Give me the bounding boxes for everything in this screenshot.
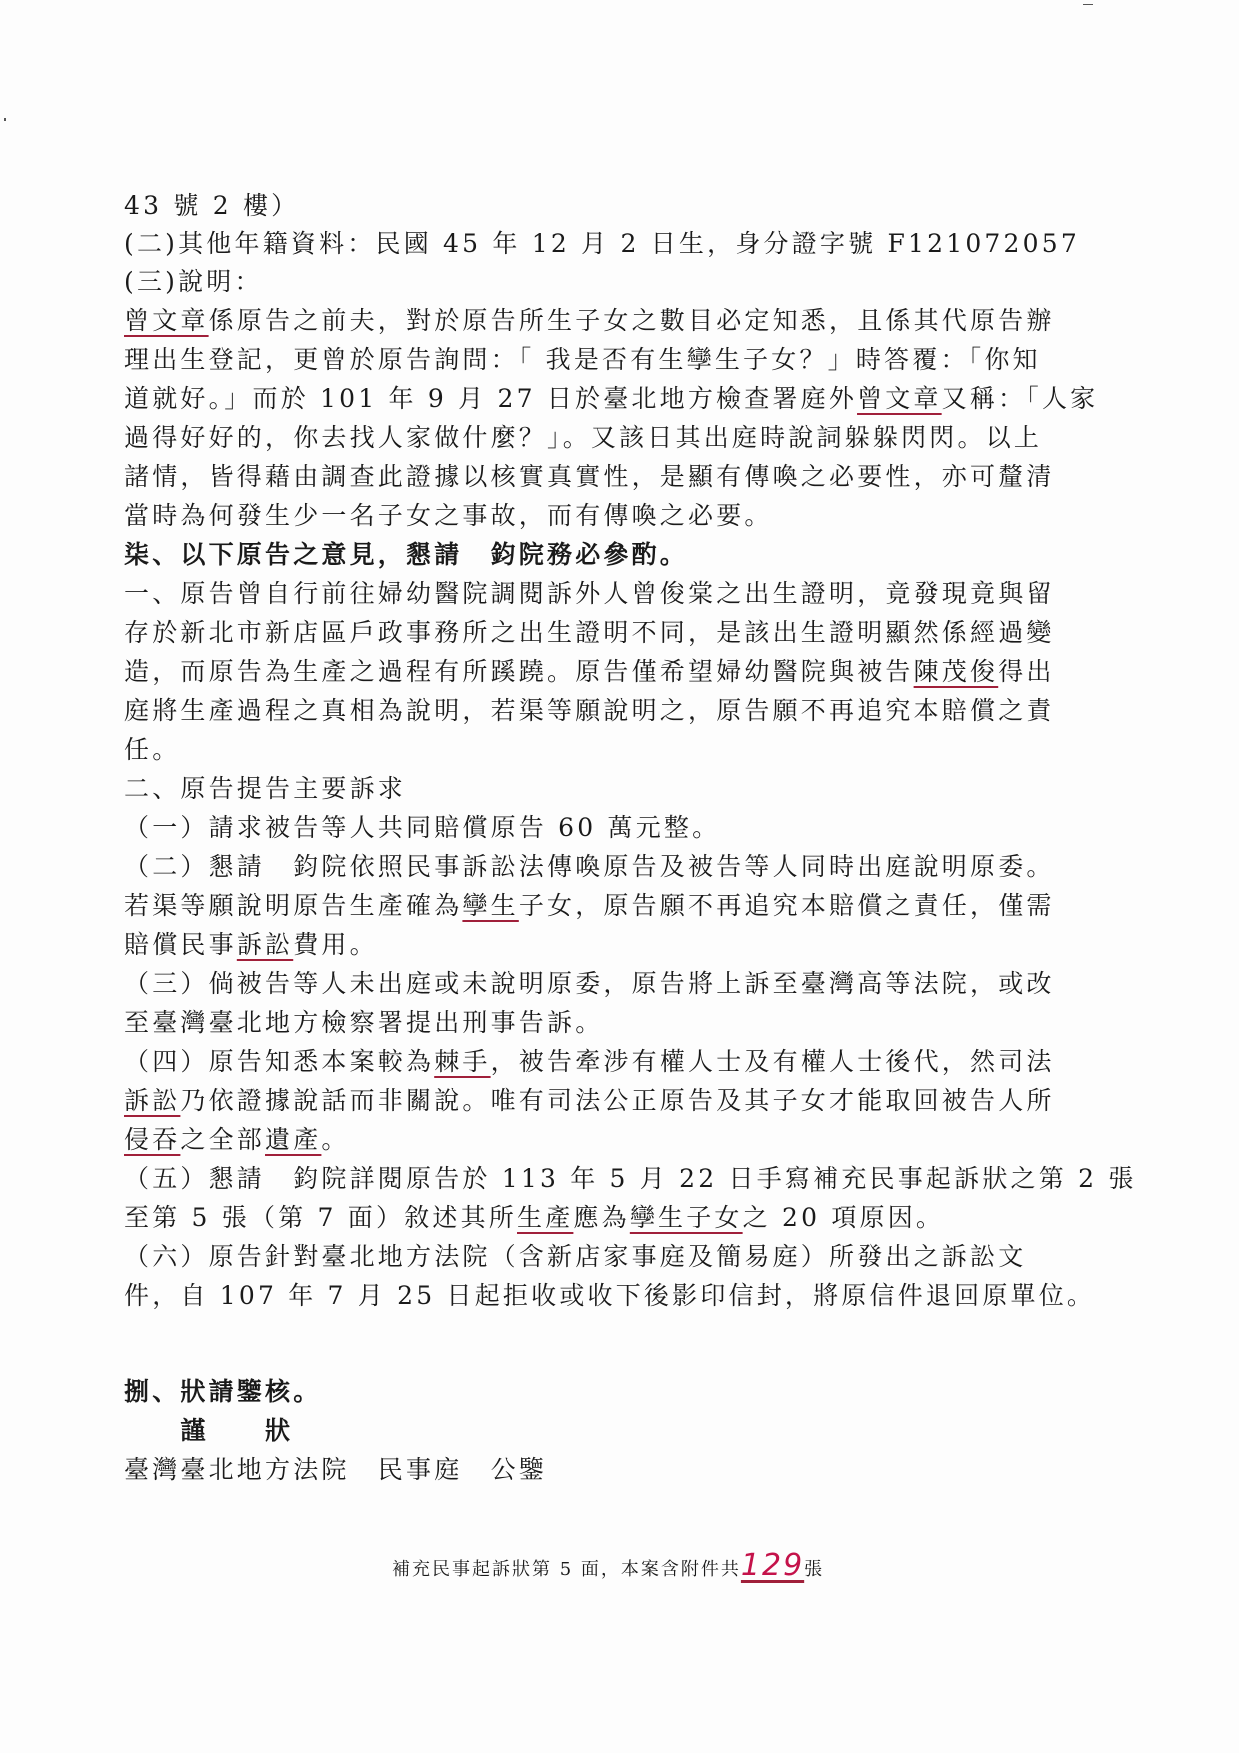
underlined-text: 孿生 — [462, 891, 518, 920]
text-segment: 係原告之前夫，對於原告所生子女之數目必定知悉，且係其代原告辦 — [209, 306, 1055, 335]
text-line: (三)說明： — [124, 264, 1114, 300]
text-line: 侵吞之全部遺產。 — [124, 1122, 1114, 1158]
text-line: 造，而原告為生產之過程有所蹊蹺。原告僅希望婦幼醫院與被告陳茂俊得出 — [124, 654, 1114, 690]
text-segment: 得出 — [998, 657, 1054, 686]
document-page: 43 號 2 樓）(二)其他年籍資料：民國 45 年 12 月 2 日生，身分證… — [0, 0, 1239, 1753]
text-segment: 理出生登記，更曾於原告詢問：「 我是否有生孿生子女？」時答覆：「你知 — [124, 345, 1041, 374]
underlined-text: 遺產 — [265, 1125, 321, 1154]
text-segment: 乃依證據說話而非關說。唯有司法公正原告及其子女才能取回被告人所 — [180, 1086, 1054, 1115]
text-line: 43 號 2 樓） — [124, 188, 1114, 224]
text-segment: 當時為何發生少一名子女之事故，而有傳喚之必要。 — [124, 501, 773, 530]
text-segment: ，被告牽涉有權人士及有權人士後代，然司法 — [491, 1047, 1055, 1076]
text-segment: 二、原告提告主要訴求 — [124, 774, 406, 803]
underlined-text: 孿生子女 — [630, 1203, 743, 1232]
text-segment: （六）原告針對臺北地方法院（含新店家事庭及簡易庭）所發出之訴訟文 — [124, 1242, 1026, 1271]
underlined-text: 曾文章 — [124, 306, 209, 335]
text-segment: 柒、以下原告之意見，懇請 鈞院務必參酌。 — [124, 540, 688, 569]
text-line: 當時為何發生少一名子女之事故，而有傳喚之必要。 — [124, 498, 1114, 534]
text-segment: 過得好好的，你去找人家做什麼？」。又該日其出庭時說詞躲躲閃閃。以上 — [124, 423, 1042, 452]
text-segment: 任。 — [124, 735, 180, 764]
text-line: 件，自 107 年 7 月 25 日起拒收或收下後影印信封，將原信件退回原單位。 — [124, 1278, 1114, 1314]
underlined-text: 侵吞 — [124, 1125, 180, 1154]
text-line: 庭將生產過程之真相為說明，若渠等願說明之，原告願不再追究本賠償之責 — [124, 693, 1114, 729]
text-line: 理出生登記，更曾於原告詢問：「 我是否有生孿生子女？」時答覆：「你知 — [124, 342, 1114, 378]
text-segment: 43 號 2 樓） — [124, 191, 299, 220]
text-line: 曾文章係原告之前夫，對於原告所生子女之數目必定知悉，且係其代原告辦 — [124, 303, 1114, 339]
underlined-text: 訴訟 — [237, 930, 293, 959]
underlined-text: 生產 — [517, 1203, 573, 1232]
text-segment: （三）倘被告等人未出庭或未說明原委，原告將上訴至臺灣高等法院，或改 — [124, 969, 1055, 998]
text-segment: 之 20 項原因。 — [743, 1203, 945, 1232]
text-line: （三）倘被告等人未出庭或未說明原委，原告將上訴至臺灣高等法院，或改 — [124, 966, 1114, 1002]
text-line: （四）原告知悉本案較為棘手，被告牽涉有權人士及有權人士後代，然司法 — [124, 1044, 1114, 1080]
text-segment: 道就好。」而於 101 年 9 月 27 日於臺北地方檢查署庭外 — [124, 384, 857, 413]
text-line: 道就好。」而於 101 年 9 月 27 日於臺北地方檢查署庭外曾文章又稱：「人… — [124, 381, 1114, 417]
text-line: 任。 — [124, 732, 1114, 768]
underlined-text: 曾文章 — [857, 384, 942, 413]
text-line: 至臺灣臺北地方檢察署提出刑事告訴。 — [124, 1005, 1114, 1041]
text-line: 過得好好的，你去找人家做什麼？」。又該日其出庭時說詞躲躲閃閃。以上 — [124, 420, 1114, 456]
page-footer: 補充民事起訴狀第 5 面，本案含附件共129張 — [392, 1548, 824, 1583]
text-segment: 一、原告曾自行前往婦幼醫院調閱訴外人曾俊棠之出生證明，竟發現竟與留 — [124, 579, 1055, 608]
text-segment: 。 — [321, 1125, 349, 1154]
underlined-text: 陳茂俊 — [914, 657, 999, 686]
text-line: (二)其他年籍資料：民國 45 年 12 月 2 日生，身分證字號 F12107… — [124, 226, 1114, 262]
text-line: （一）請求被告等人共同賠償原告 60 萬元整。 — [124, 810, 1114, 846]
handwritten-page-count: 129 — [741, 1548, 804, 1583]
text-segment: (二)其他年籍資料：民國 45 年 12 月 2 日生，身分證字號 F12107… — [124, 229, 1080, 258]
text-line: 柒、以下原告之意見，懇請 鈞院務必參酌。 — [124, 537, 1114, 573]
text-segment: 賠償民事 — [124, 930, 237, 959]
footer-suffix: 張 — [804, 1559, 824, 1580]
text-line: 諸情，皆得藉由調查此證據以核實真實性，是顯有傳喚之必要性，亦可釐清 — [124, 459, 1114, 495]
text-line: 訴訟乃依證據說話而非關說。唯有司法公正原告及其子女才能取回被告人所 — [124, 1083, 1114, 1119]
text-segment: 件，自 107 年 7 月 25 日起拒收或收下後影印信封，將原信件退回原單位。 — [124, 1281, 1095, 1310]
scan-mark — [1083, 4, 1093, 5]
text-segment: 諸情，皆得藉由調查此證據以核實真實性，是顯有傳喚之必要性，亦可釐清 — [124, 462, 1055, 491]
text-line: 二、原告提告主要訴求 — [124, 771, 1114, 807]
text-segment: 捌、狀請鑒核。 — [124, 1377, 321, 1406]
text-line: （五）懇請 鈞院詳閱原告於 113 年 5 月 22 日手寫補充民事起訴狀之第 … — [124, 1161, 1114, 1197]
text-segment: 子女，原告願不再追究本賠償之責任，僅需 — [519, 891, 1055, 920]
text-segment: 費用。 — [293, 930, 378, 959]
text-line: 一、原告曾自行前往婦幼醫院調閱訴外人曾俊棠之出生證明，竟發現竟與留 — [124, 576, 1114, 612]
text-line: 捌、狀請鑒核。 — [124, 1374, 1114, 1410]
text-line: 賠償民事訴訟費用。 — [124, 927, 1114, 963]
text-segment: 若渠等願說明原告生產確為 — [124, 891, 462, 920]
text-line: 若渠等願說明原告生產確為孿生子女，原告願不再追究本賠償之責任，僅需 — [124, 888, 1114, 924]
text-segment: （五）懇請 鈞院詳閱原告於 113 年 5 月 22 日手寫補充民事起訴狀之第 … — [124, 1164, 1137, 1193]
text-segment: 又稱：「人家 — [942, 384, 1099, 413]
text-segment: 應為 — [573, 1203, 629, 1232]
text-segment: 之全部 — [180, 1125, 265, 1154]
text-segment: （一）請求被告等人共同賠償原告 60 萬元整。 — [124, 813, 720, 842]
text-segment: 造，而原告為生產之過程有所蹊蹺。原告僅希望婦幼醫院與被告 — [124, 657, 914, 686]
text-segment: 存於新北市新店區戶政事務所之出生證明不同，是該出生證明顯然係經過變 — [124, 618, 1055, 647]
text-segment: 至第 5 張（第 7 面）敘述其所 — [124, 1203, 517, 1232]
underlined-text: 訴訟 — [124, 1086, 180, 1115]
text-line: 存於新北市新店區戶政事務所之出生證明不同，是該出生證明顯然係經過變 — [124, 615, 1114, 651]
text-segment: 至臺灣臺北地方檢察署提出刑事告訴。 — [124, 1008, 603, 1037]
text-segment: （四）原告知悉本案較為 — [124, 1047, 434, 1076]
text-segment: （二）懇請 鈞院依照民事訴訟法傳喚原告及被告等人同時出庭說明原委。 — [124, 852, 1055, 881]
text-segment: 謹 狀 — [124, 1416, 293, 1445]
text-segment: 庭將生產過程之真相為說明，若渠等願說明之，原告願不再追究本賠償之責 — [124, 696, 1055, 725]
text-line: （二）懇請 鈞院依照民事訴訟法傳喚原告及被告等人同時出庭說明原委。 — [124, 849, 1114, 885]
underlined-text: 棘手 — [434, 1047, 490, 1076]
footer-text: 補充民事起訴狀第 5 面，本案含附件共 — [392, 1559, 741, 1580]
text-line: 至第 5 張（第 7 面）敘述其所生產應為孿生子女之 20 項原因。 — [124, 1200, 1114, 1236]
text-segment: 臺灣臺北地方法院 民事庭 公鑒 — [124, 1455, 547, 1484]
text-line: 謹 狀 — [124, 1413, 1114, 1449]
text-segment: (三)說明： — [124, 267, 263, 296]
text-line: （六）原告針對臺北地方法院（含新店家事庭及簡易庭）所發出之訴訟文 — [124, 1239, 1114, 1275]
text-line: 臺灣臺北地方法院 民事庭 公鑒 — [124, 1452, 1114, 1488]
scan-mark — [4, 118, 6, 121]
